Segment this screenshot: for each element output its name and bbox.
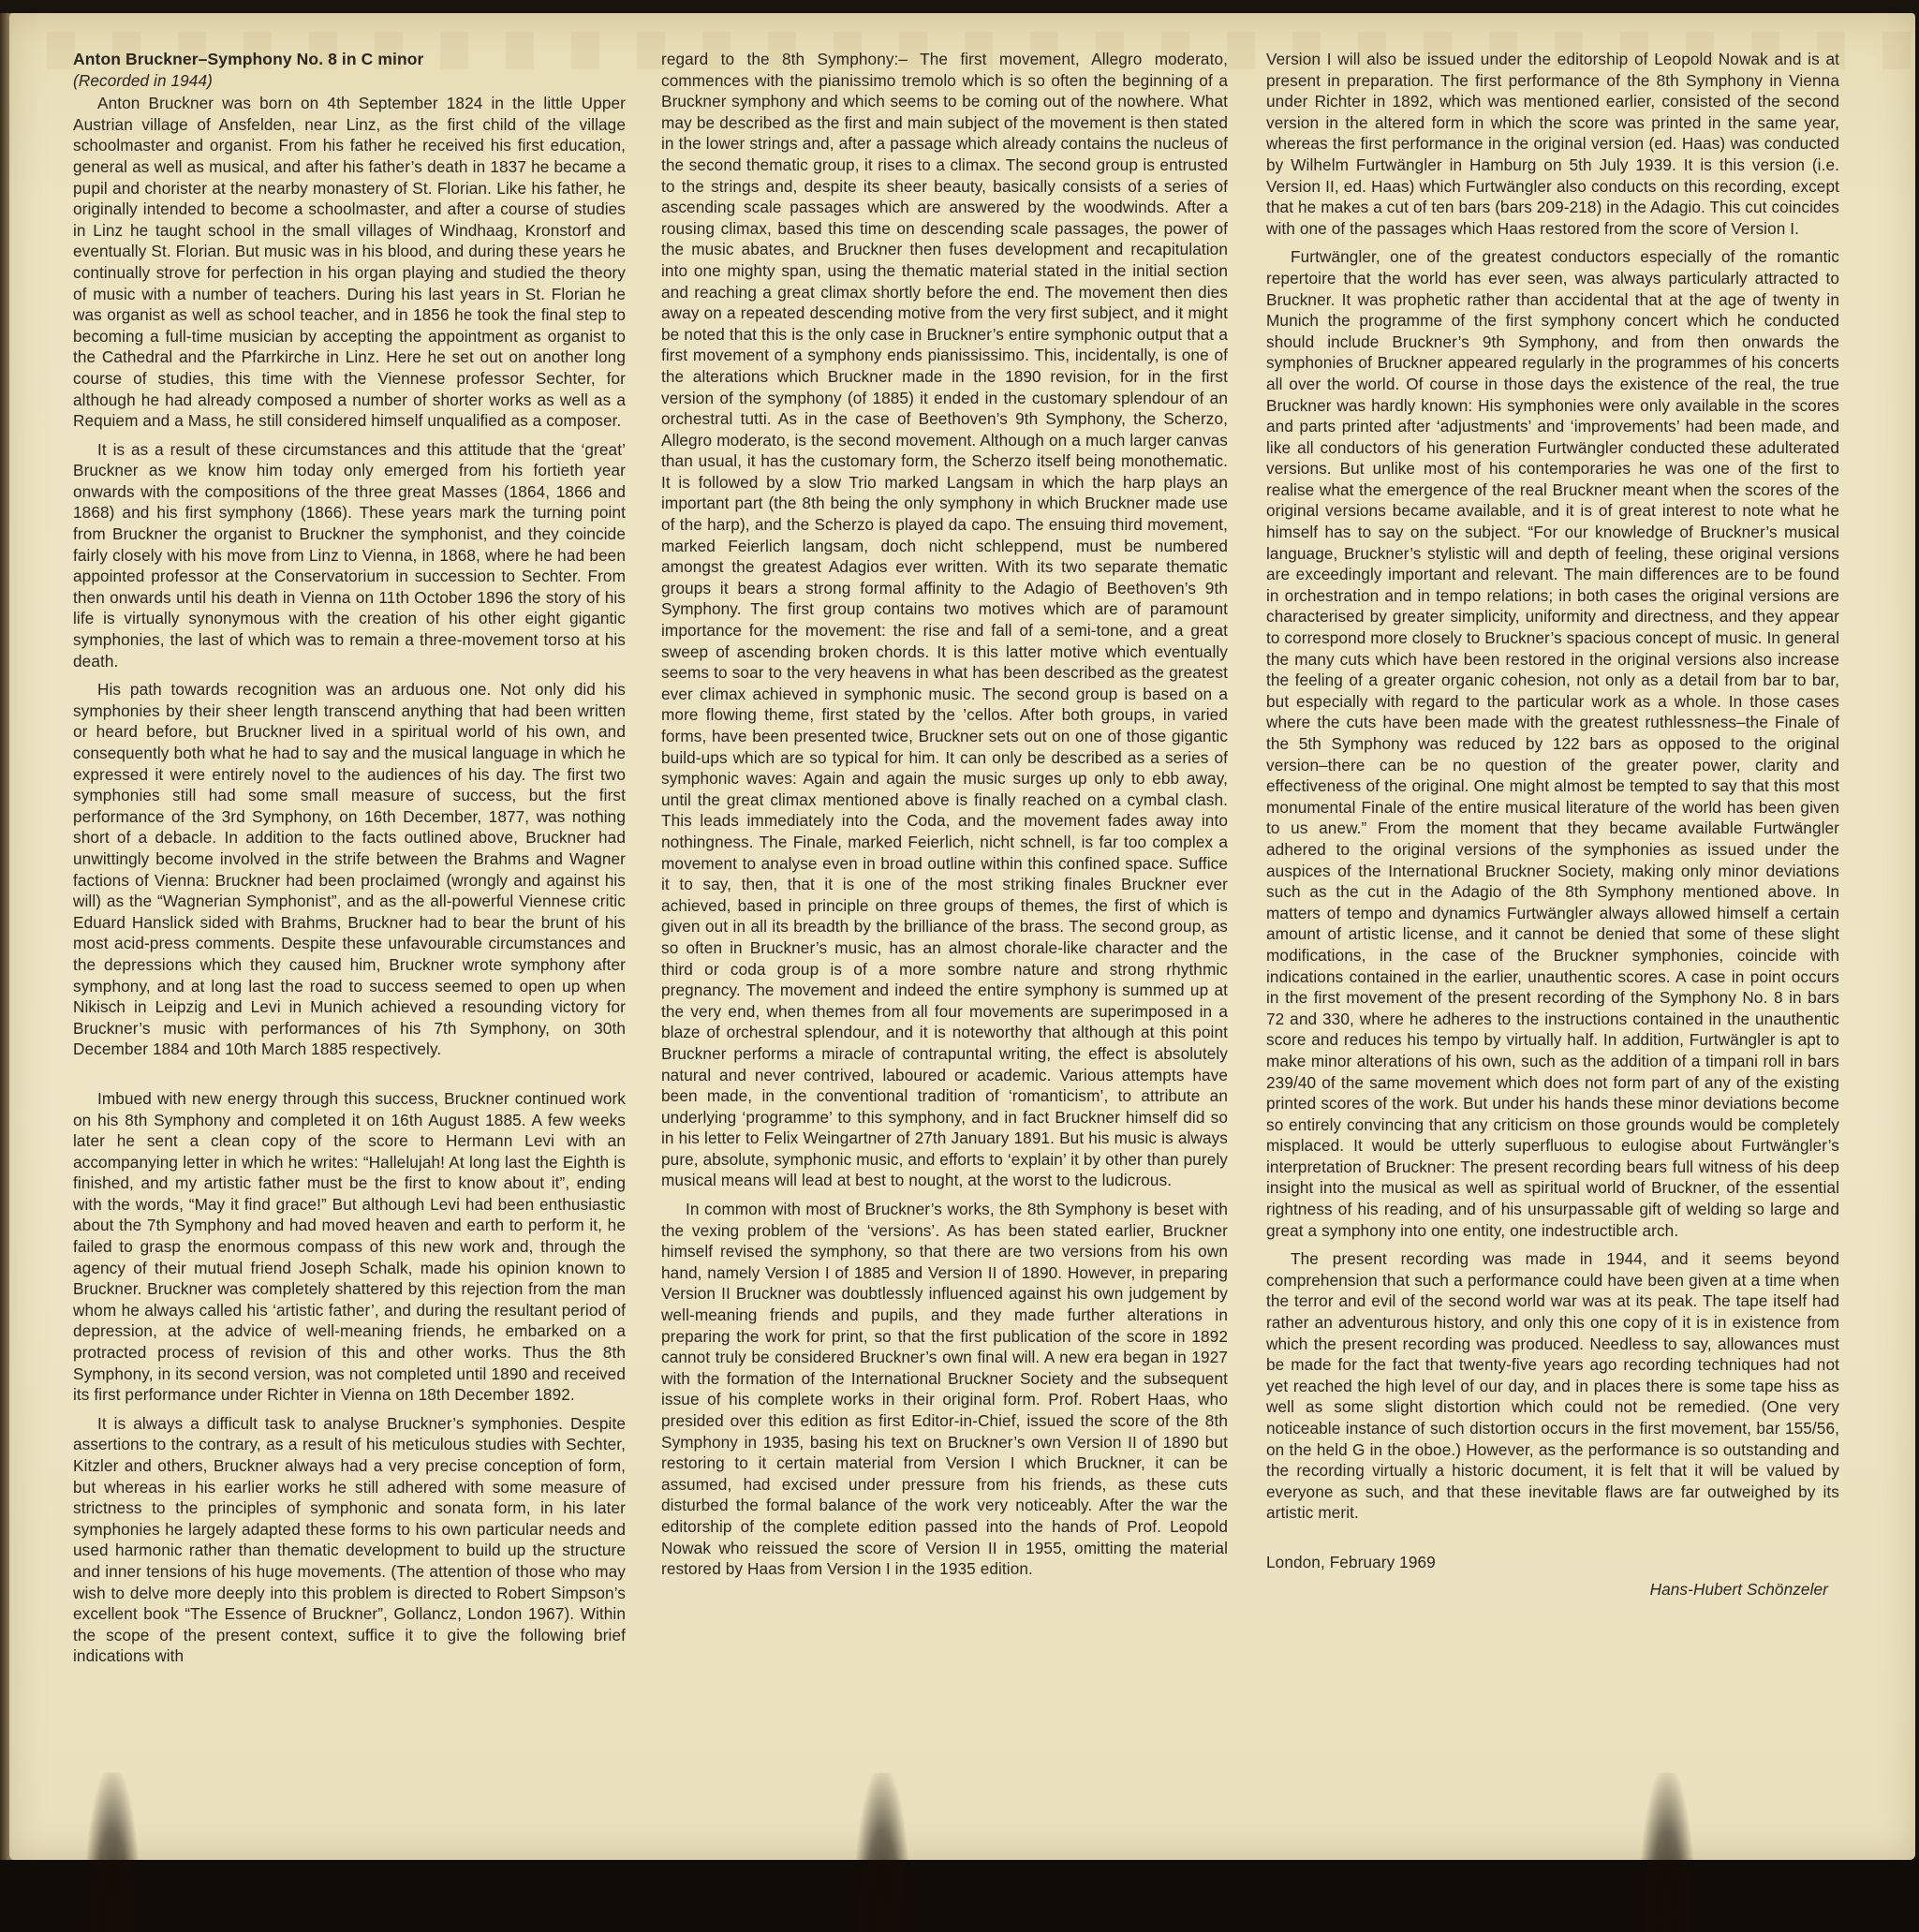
paragraph: It is as a result of these circumstances… bbox=[73, 439, 626, 672]
column-1: Anton Bruckner–Symphony No. 8 in C minor… bbox=[73, 49, 626, 1667]
paragraph: Imbued with new energy through this succ… bbox=[73, 1088, 626, 1406]
paragraph: Anton Bruckner was born on 4th September… bbox=[73, 93, 626, 432]
author-signature: Hans-Hubert Schönzeler bbox=[1266, 1579, 1839, 1600]
clip-shadow bbox=[854, 1773, 910, 1932]
paragraph: His path towards recognition was an ardu… bbox=[73, 679, 626, 1060]
paragraph: The present recording was made in 1944, … bbox=[1266, 1248, 1839, 1524]
paragraph: It is always a difficult task to analyse… bbox=[73, 1413, 626, 1667]
paragraph: regard to the 8th Symphony:– The first m… bbox=[661, 49, 1228, 1191]
column-2: regard to the 8th Symphony:– The first m… bbox=[661, 49, 1228, 1580]
column-3: Version I will also be issued under the … bbox=[1266, 49, 1839, 1600]
background-surface bbox=[0, 1860, 1919, 1932]
document-title: Anton Bruckner–Symphony No. 8 in C minor bbox=[73, 49, 626, 70]
clip-shadow bbox=[1639, 1773, 1695, 1932]
clip-shadow bbox=[84, 1773, 140, 1932]
document-subtitle: (Recorded in 1944) bbox=[73, 70, 626, 92]
paragraph: In common with most of Bruckner’s works,… bbox=[661, 1199, 1228, 1580]
paragraph: Version I will also be issued under the … bbox=[1266, 49, 1839, 239]
paragraph: Furtwängler, one of the greatest conduct… bbox=[1266, 246, 1839, 1241]
dateline: London, February 1969 bbox=[1266, 1552, 1839, 1573]
